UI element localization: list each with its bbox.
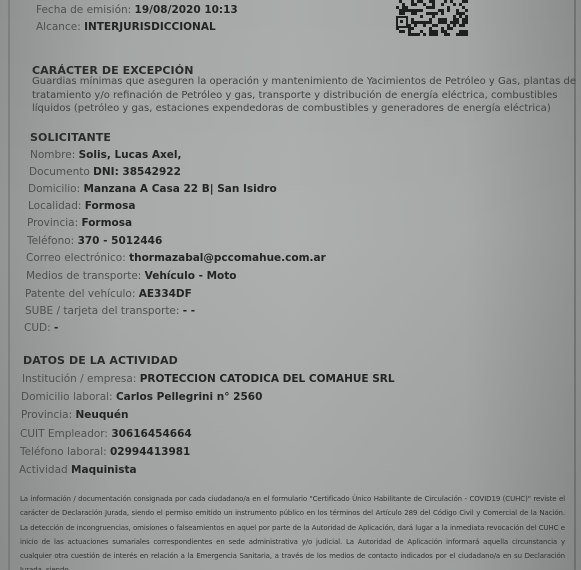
solicitante-title: SOLICITANTE	[30, 131, 111, 144]
field-label: Nombre:	[30, 149, 75, 161]
field-row: Medios de transporte: Vehículo - Moto	[26, 270, 236, 282]
field-row: Domicilio laboral: Carlos Pellegrini n° …	[21, 391, 262, 403]
legal-line: Jurada, siendo ...	[20, 563, 565, 570]
field-row: Actividad Maquinista	[19, 464, 137, 476]
field-value: - -	[183, 305, 195, 317]
field-row: Localidad: Formosa	[28, 200, 135, 212]
field-label: Correo electrónico:	[26, 252, 126, 264]
alcance-row: Alcance: INTERJURISDICCIONAL	[36, 21, 216, 33]
legal-line: La información / documentación consignad…	[20, 492, 565, 506]
alcance-value: INTERJURISDICCIONAL	[84, 21, 216, 33]
actividad-title: DATOS DE LA ACTIVIDAD	[23, 354, 178, 367]
legal-line: La detección de incongruencias, omisione…	[20, 521, 565, 535]
field-row: CUIT Empleador: 30616454664	[20, 428, 192, 440]
field-row: Correo electrónico: thormazabal@pccomahu…	[26, 252, 326, 264]
field-row: CUD: -	[24, 322, 58, 334]
legal-disclaimer: La información / documentación consignad…	[20, 492, 565, 570]
field-row: Teléfono: 370 - 5012446	[27, 235, 162, 247]
qr-finder-pattern	[396, 16, 408, 28]
field-value: Formosa	[85, 200, 136, 212]
field-label: Teléfono:	[27, 235, 74, 247]
field-label: Domicilio laboral:	[21, 391, 113, 403]
field-label: Actividad	[19, 464, 68, 476]
field-label: Provincia:	[21, 409, 72, 421]
field-row: Institución / empresa: PROTECCION CATODI…	[22, 373, 395, 385]
field-label: SUBE / tarjeta del transporte:	[25, 305, 179, 317]
field-label: Domicilio:	[28, 183, 80, 195]
field-label: Medios de transporte:	[26, 270, 141, 282]
field-value: Manzana A Casa 22 B| San Isidro	[84, 183, 277, 195]
field-value: Solis, Lucas Axel,	[79, 149, 182, 161]
qr-code-icon	[396, 0, 468, 36]
page-edge-left	[8, 0, 10, 570]
field-row: Domicilio: Manzana A Casa 22 B| San Isid…	[28, 183, 277, 195]
field-value: -	[54, 322, 58, 334]
field-row: Provincia: Formosa	[27, 217, 132, 229]
field-row: Documento DNI: 38542922	[29, 166, 181, 178]
field-label: Localidad:	[28, 200, 81, 212]
fecha-emision-label: Fecha de emisión:	[36, 4, 131, 16]
field-value: Carlos Pellegrini n° 2560	[116, 391, 262, 403]
field-label: Teléfono laboral:	[20, 446, 107, 458]
field-value: thormazabal@pccomahue.com.ar	[129, 252, 326, 264]
field-row: Nombre: Solis, Lucas Axel,	[30, 149, 181, 161]
document-photo: Fecha de emisión: 19/08/2020 10:13 Alcan…	[0, 0, 581, 570]
field-value: Vehículo - Moto	[145, 270, 237, 282]
field-label: CUD:	[24, 322, 51, 334]
fecha-emision-row: Fecha de emisión: 19/08/2020 10:13	[36, 4, 238, 16]
caracter-line: líquidos (petróleo y gas, estaciones exp…	[32, 101, 549, 117]
field-value: Maquinista	[71, 464, 137, 476]
field-row: SUBE / tarjeta del transporte: - -	[25, 305, 195, 317]
field-value: Neuquén	[75, 409, 128, 421]
field-row: Teléfono laboral: 02994413981	[20, 446, 190, 458]
field-row: Provincia: Neuquén	[21, 409, 128, 421]
fecha-emision-value: 19/08/2020 10:13	[135, 4, 238, 16]
field-value: Formosa	[81, 217, 132, 229]
field-label: CUIT Empleador:	[20, 428, 108, 440]
field-value: DNI: 38542922	[93, 166, 181, 178]
field-value: 02994413981	[110, 446, 190, 458]
field-row: Patente del vehículo: AE334DF	[25, 288, 192, 300]
legal-line: carácter de Declaración Jurada, siendo e…	[20, 506, 565, 520]
legal-line: cualquier otra cuestión de interés en re…	[20, 549, 565, 563]
field-label: Documento	[29, 166, 90, 178]
caracter-description: Guardias mínimas que aseguren la operaci…	[32, 74, 549, 117]
field-label: Institución / empresa:	[22, 373, 136, 385]
field-label: Patente del vehículo:	[25, 288, 135, 300]
field-value: 30616454664	[111, 428, 191, 440]
legal-line: inicio de las actuaciones sumariales cor…	[20, 535, 565, 549]
field-value: 370 - 5012446	[78, 235, 163, 247]
alcance-label: Alcance:	[36, 21, 81, 33]
field-value: PROTECCION CATODICA DEL COMAHUE SRL	[140, 373, 395, 385]
field-label: Provincia:	[27, 217, 78, 229]
field-value: AE334DF	[139, 288, 192, 300]
